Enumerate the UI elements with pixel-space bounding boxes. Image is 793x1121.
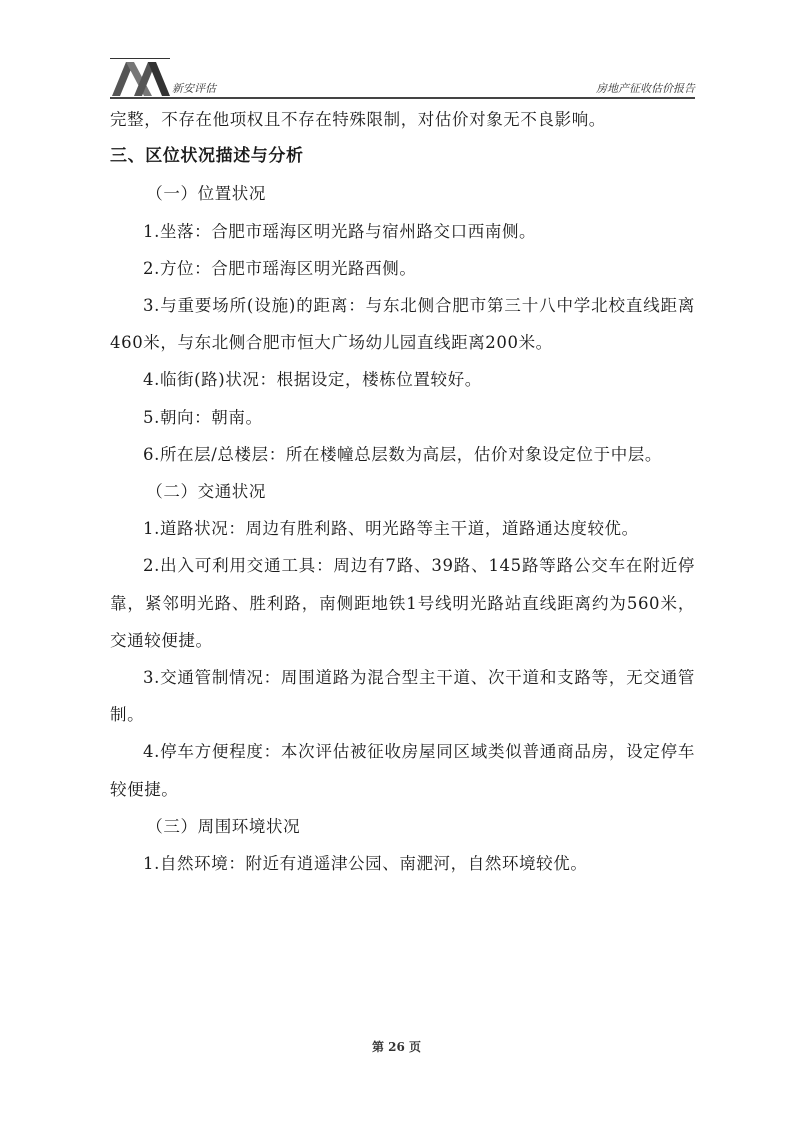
traffic-item: 1.道路状况：周边有胜利路、明光路等主干道，道路通达度较优。 <box>110 510 695 547</box>
document-body: 完整，不存在他项权且不存在特殊限制，对估价对象无不良影响。 三、区位状况描述与分… <box>110 101 695 882</box>
section-title: 三、区位状况描述与分析 <box>110 138 695 175</box>
subsection-heading-traffic: （二）交通状况 <box>110 473 695 510</box>
page-header: 新安评估 房地产征收估价报告 <box>110 58 695 98</box>
location-item: 5.朝向：朝南。 <box>110 399 695 436</box>
page-number: 第 26 页 <box>0 1038 793 1055</box>
continuation-text: 完整，不存在他项权且不存在特殊限制，对估价对象无不良影响。 <box>110 101 695 138</box>
logo-top-line <box>110 58 170 59</box>
header-divider <box>110 97 695 99</box>
traffic-item: 4.停车方便程度：本次评估被征收房屋同区域类似普通商品房，设定停车较便捷。 <box>110 733 695 807</box>
location-item: 3.与重要场所(设施)的距离：与东北侧合肥市第三十八中学北校直线距离460米，与… <box>110 287 695 361</box>
traffic-item: 2.出入可利用交通工具：周边有7路、39路、145路等路公交车在附近停靠，紧邻明… <box>110 547 695 659</box>
subsection-heading-environment: （三）周围环境状况 <box>110 808 695 845</box>
location-item: 2.方位：合肥市瑶海区明光路西侧。 <box>110 250 695 287</box>
company-name: 新安评估 <box>172 80 216 96</box>
company-logo-icon <box>112 60 170 96</box>
environment-item: 1.自然环境：附近有逍遥津公园、南淝河，自然环境较优。 <box>110 845 695 882</box>
subsection-heading-location: （一）位置状况 <box>110 175 695 212</box>
traffic-item: 3.交通管制情况：周围道路为混合型主干道、次干道和支路等，无交通管制。 <box>110 659 695 733</box>
report-title: 房地产征收估价报告 <box>596 80 695 96</box>
location-item: 6.所在层/总楼层：所在楼幢总层数为高层，估价对象设定位于中层。 <box>110 436 695 473</box>
location-item: 4.临街(路)状况：根据设定，楼栋位置较好。 <box>110 361 695 398</box>
location-item: 1.坐落：合肥市瑶海区明光路与宿州路交口西南侧。 <box>110 213 695 250</box>
